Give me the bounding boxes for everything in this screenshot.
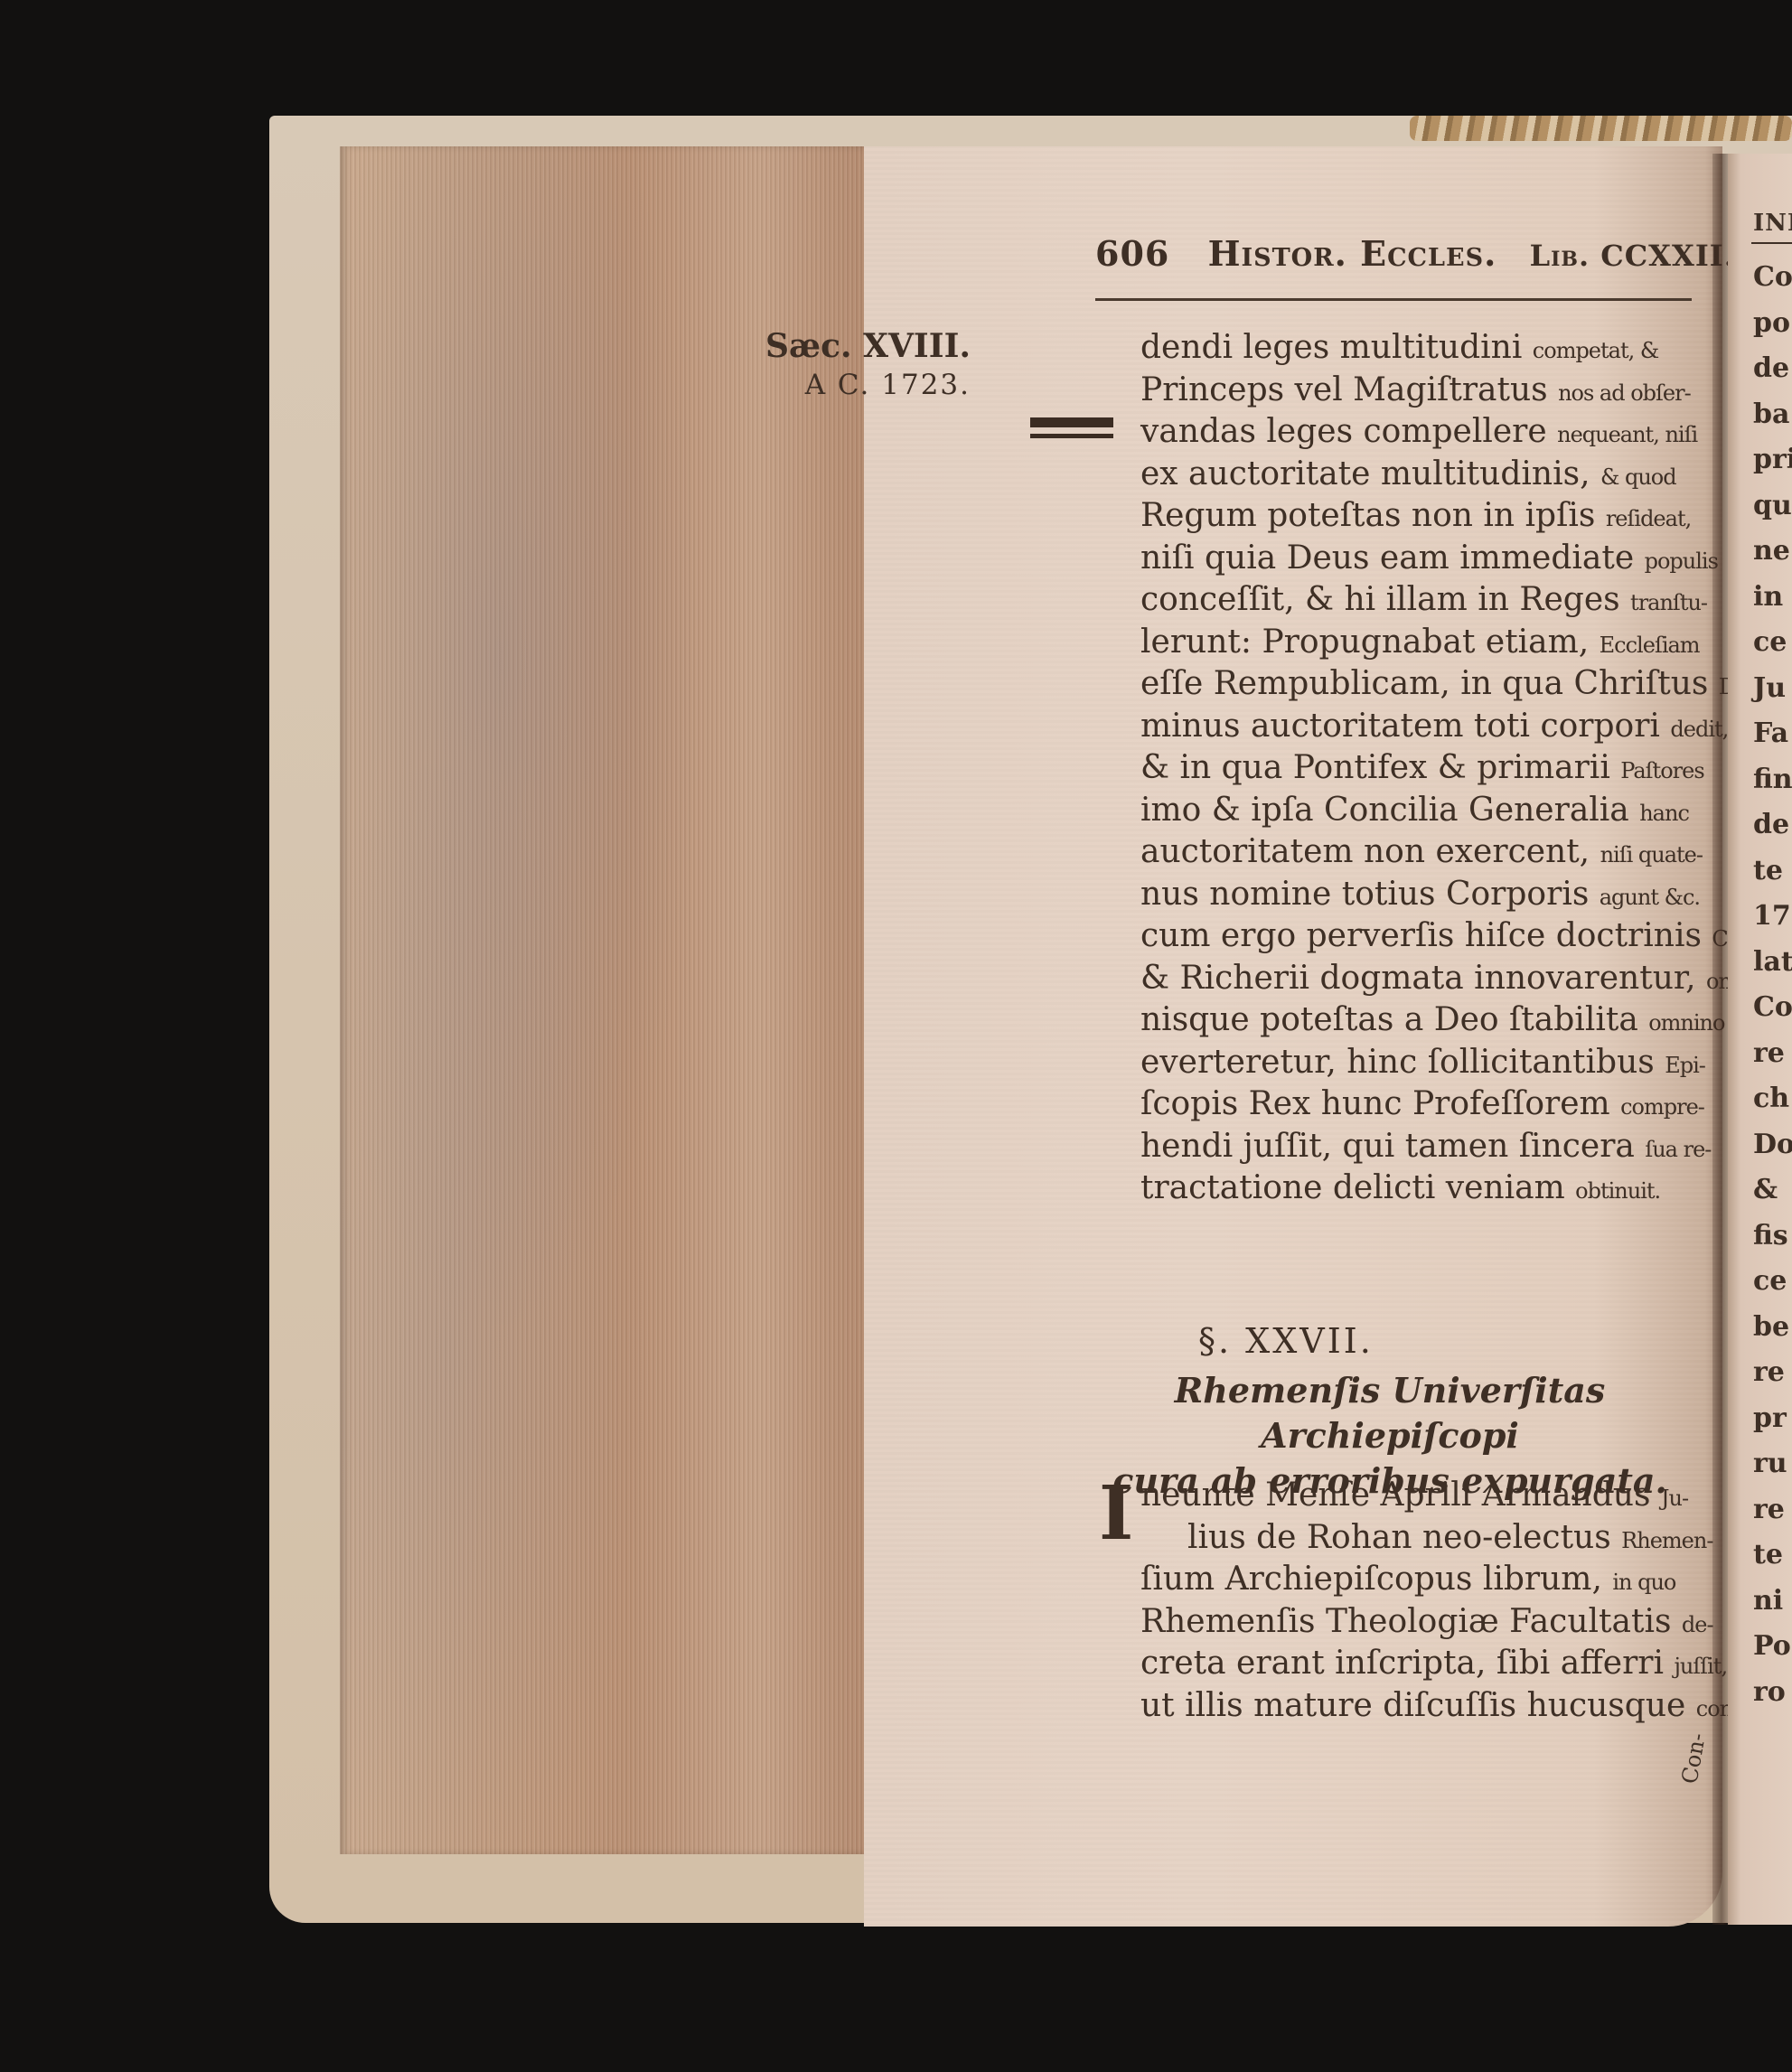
text-line: dendi leges multitudini competat, & (1140, 327, 1719, 370)
page-block-fore-edge (340, 146, 864, 1854)
next-page-line-fragment: te (1753, 848, 1792, 895)
next-page-line-fragment: pr (1753, 1396, 1792, 1442)
text-line: creta erant inſcripta, ſibi afferri juſſ… (1140, 1643, 1719, 1685)
next-page-line-fragment: re (1753, 1487, 1792, 1533)
margin-rule-thick (1030, 417, 1113, 427)
next-page-line-fragments: CopodebapriquneinceJuFafindete17latCorec… (1753, 255, 1792, 1715)
next-page-line-fragment: re (1753, 1350, 1792, 1396)
text-line: & Richerii dogmata innovarentur, om- (1140, 958, 1719, 1000)
next-page-sliver: INI CopodebapriquneinceJuFafindete17latC… (1728, 154, 1792, 1925)
next-page-line-fragment: Do (1753, 1122, 1792, 1168)
next-page-line-fragment: ce (1753, 1259, 1792, 1305)
text-line: niſi quia Deus eam immediate populis (1140, 538, 1719, 580)
next-page-line-fragment: fin (1753, 757, 1792, 803)
text-line: imo & ipſa Concilia Generalia hanc (1140, 790, 1719, 832)
text-line: hendi juſſit, qui tamen ſincera ſua re- (1140, 1126, 1719, 1168)
text-line: nisque poteſtas a Deo ſtabilita omnino (1140, 999, 1719, 1042)
text-line: Rhemenſis Theologiæ Facultatis de- (1140, 1601, 1719, 1644)
margin-rule-thin (1030, 434, 1113, 438)
next-page-line-fragment: de (1753, 802, 1792, 848)
next-page-line-fragment: Co (1753, 985, 1792, 1031)
book-photo: 606 Histor. Eccles. Lib. CCXXII. Sæc. XV… (0, 0, 1792, 2072)
text-line: lerunt: Propugnabat etiam, Eccleſiam (1140, 622, 1719, 664)
text-line: lius de Rohan neo-electus Rhemen- (1140, 1517, 1719, 1560)
text-line: neunte Menſe Aprili Armandus Ju- (1140, 1475, 1719, 1517)
next-page-line-fragment: qu (1753, 483, 1792, 530)
next-page-line-fragment: Po (1753, 1624, 1792, 1670)
next-page-line-fragment: in (1753, 575, 1792, 621)
next-page-line-fragment: te (1753, 1533, 1792, 1579)
text-line: conceſſit, & hi illam in Reges tranſtu- (1140, 579, 1719, 622)
text-line: minus auctoritatem toti corpori dedit, (1140, 706, 1719, 748)
next-page-line-fragment: ch (1753, 1076, 1792, 1122)
text-line: ſcopis Rex hunc Profeſſorem compre- (1140, 1083, 1719, 1126)
text-line: Princeps vel Magiſtratus nos ad obſer- (1140, 370, 1719, 412)
next-page-head-rule (1751, 242, 1792, 244)
next-page-line-fragment: po (1753, 301, 1792, 347)
next-page-line-fragment: fis (1753, 1214, 1792, 1260)
head-rule (1095, 298, 1692, 301)
catchword: Con- (1677, 1731, 1711, 1786)
next-page-line-fragment: ni (1753, 1579, 1792, 1625)
next-page-line-fragment: Co (1753, 255, 1792, 301)
text-line: tractatione delicti veniam obtinuit. (1140, 1167, 1719, 1210)
drop-cap: I (1099, 1477, 1133, 1551)
next-page-line-fragment: ba (1753, 392, 1792, 438)
next-page-line-fragment: 17 (1753, 894, 1792, 940)
text-line: ſium Archiepiſcopus librum, in quo (1140, 1559, 1719, 1601)
text-line: auctoritatem non exercent, niſi quate- (1140, 831, 1719, 874)
running-title: Histor. Eccles. (1208, 233, 1497, 274)
next-page-line-fragment: be (1753, 1305, 1792, 1351)
next-page-line-fragment: lat (1753, 940, 1792, 986)
text-line: vandas leges compellere nequeant, niſi (1140, 411, 1719, 454)
next-page-line-fragment: ru (1753, 1441, 1792, 1487)
next-page-line-fragment: & (1753, 1167, 1792, 1214)
running-head: 606 Histor. Eccles. Lib. CCXXII. (1095, 233, 1728, 274)
headband-cord (1410, 116, 1792, 141)
next-page-running-head: INI (1753, 210, 1792, 237)
next-page-line-fragment: ro (1753, 1670, 1792, 1716)
text-line: cum ergo perverſis hiſce doctrinis Calvi… (1140, 915, 1719, 958)
next-page-line-fragment: re (1753, 1031, 1792, 1077)
body-text: dendi leges multitudini competat, & Prin… (1140, 327, 1719, 1210)
section-body-text: neunte Menſe Aprili Armandus Ju- lius de… (1140, 1475, 1719, 1727)
section-heading-line-1: Rhemenſis Univerſitas Archiepiſcopi (1101, 1368, 1679, 1458)
margin-note-year: A C. 1723. (805, 369, 971, 401)
page-number: 606 (1095, 233, 1169, 274)
text-line: Regum poteſtas non in ipſis reſideat, (1140, 495, 1719, 538)
book-number: Lib. CCXXII. (1530, 239, 1735, 273)
next-page-line-fragment: pri (1753, 437, 1792, 483)
page-606: 606 Histor. Eccles. Lib. CCXXII. Sæc. XV… (864, 146, 1722, 1927)
next-page-line-fragment: ne (1753, 529, 1792, 575)
next-page-line-fragment: Ju (1753, 666, 1792, 712)
next-page-line-fragment: Fa (1753, 711, 1792, 757)
text-line: eſſe Rempublicam, in qua Chriſtus Do- (1140, 663, 1719, 706)
margin-note-century: Sæc. XVIII. (765, 327, 971, 365)
text-line: nus nomine totius Corporis agunt &c. (1140, 874, 1719, 916)
text-line: ex auctoritate multitudinis, & quod (1140, 454, 1719, 496)
text-line: everteretur, hinc ſollicitantibus Epi- (1140, 1042, 1719, 1084)
next-page-line-fragment: de (1753, 346, 1792, 392)
next-page-line-fragment: ce (1753, 620, 1792, 666)
text-line: & in qua Pontifex & primarii Paſtores (1140, 747, 1719, 790)
section-number: §. XXVII. (1198, 1321, 1374, 1361)
text-line: ut illis mature diſcuſſis hucusque contr… (1140, 1685, 1719, 1728)
